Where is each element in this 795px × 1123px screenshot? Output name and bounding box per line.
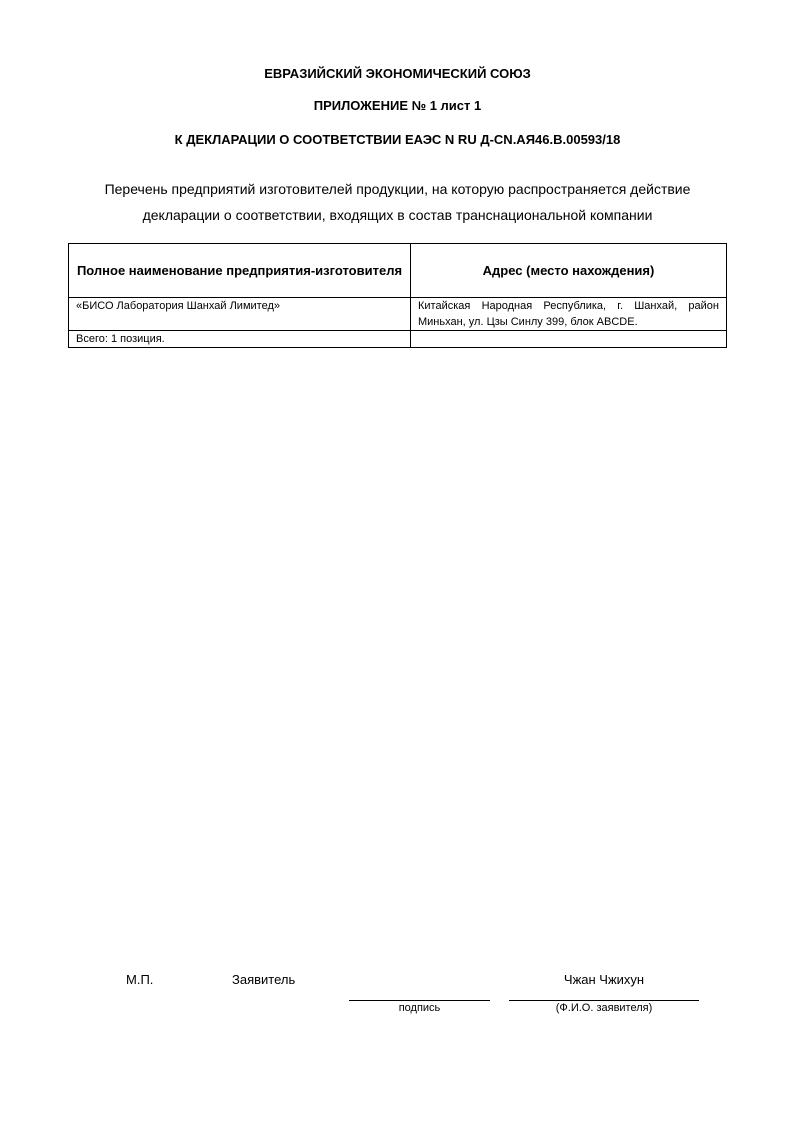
appendix-title: ПРИЛОЖЕНИЕ № 1 лист 1 [0, 98, 795, 113]
column-header-name: Полное наименование предприятия-изготови… [69, 244, 411, 298]
total-empty-cell [411, 331, 727, 348]
total-count: Всего: 1 позиция. [69, 331, 411, 348]
signature-caption: подпись [349, 1002, 490, 1014]
union-title: ЕВРАЗИЙСКИЙ ЭКОНОМИЧЕСКИЙ СОЮЗ [0, 66, 795, 81]
manufacturer-address: Китайская Народная Республика, г. Шанхай… [411, 298, 727, 331]
table-row-total: Всего: 1 позиция. [69, 331, 727, 348]
applicant-name: Чжан Чжихун [509, 972, 699, 987]
manufacturer-name: «БИСО Лаборатория Шанхай Лимитед» [69, 298, 411, 331]
table-header-row: Полное наименование предприятия-изготови… [69, 244, 727, 298]
name-caption: (Ф.И.О. заявителя) [509, 1002, 699, 1014]
stamp-label: М.П. [126, 972, 153, 987]
applicant-label: Заявитель [232, 972, 295, 987]
intro-text: Перечень предприятий изготовителей проду… [0, 176, 795, 228]
table-row: «БИСО Лаборатория Шанхай Лимитед» Китайс… [69, 298, 727, 331]
name-line [509, 1000, 699, 1001]
signature-line [349, 1000, 490, 1001]
intro-line-2: декларации о соответствии, входящих в со… [0, 202, 795, 228]
manufacturers-table: Полное наименование предприятия-изготови… [68, 243, 727, 348]
intro-line-1: Перечень предприятий изготовителей проду… [0, 176, 795, 202]
column-header-address: Адрес (место нахождения) [411, 244, 727, 298]
declaration-number: К ДЕКЛАРАЦИИ О СООТВЕТСТВИИ ЕАЭС N RU Д-… [0, 132, 795, 147]
